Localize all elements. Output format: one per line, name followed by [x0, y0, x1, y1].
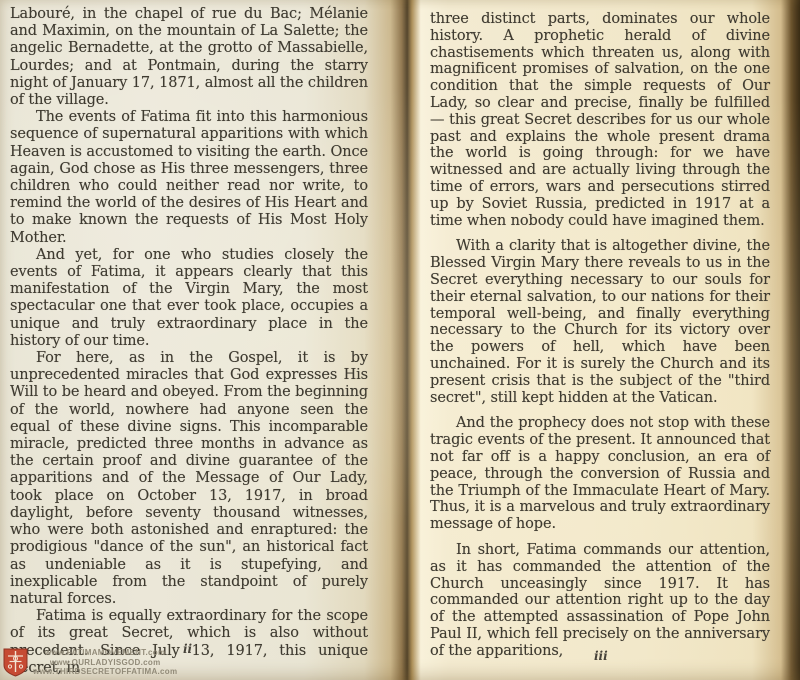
- page-number-left: ii: [183, 642, 192, 656]
- paragraph: And yet, for one who studies closely the…: [10, 247, 368, 350]
- watermark-line: www.THIRDSECRETOFFATIMA.com: [33, 667, 177, 677]
- right-page: three distinct parts, dominates our whol…: [430, 11, 770, 659]
- paragraph: three distinct parts, dominates our whol…: [430, 11, 770, 229]
- watermark-line: www.OURLADYISGOD.com: [50, 658, 161, 668]
- book-spread-scan: Labouré, in the chapel of rue du Bac; Mé…: [0, 0, 800, 680]
- watermark-line: www.FATIMAMOVEMENT.com: [45, 648, 165, 658]
- paragraph: The events of Fatima fit into this harmo…: [10, 109, 368, 247]
- watermark: www.FATIMAMOVEMENT.com www.OURLADYISGOD.…: [3, 648, 177, 677]
- paragraph: With a clarity that is altogether divine…: [430, 238, 770, 406]
- left-page: Labouré, in the chapel of rue du Bac; Mé…: [10, 6, 368, 677]
- shield-crest-icon: [3, 648, 28, 677]
- watermark-lines: www.FATIMAMOVEMENT.com www.OURLADYISGOD.…: [33, 648, 177, 677]
- paragraph: And the prophecy does not stop with thes…: [430, 415, 770, 533]
- page-number-right: iii: [594, 649, 608, 663]
- paragraph: For here, as in the Gospel, it is by unp…: [10, 350, 368, 608]
- paragraph: Labouré, in the chapel of rue du Bac; Mé…: [10, 6, 368, 109]
- paragraph: In short, Fatima commands our attention,…: [430, 542, 770, 660]
